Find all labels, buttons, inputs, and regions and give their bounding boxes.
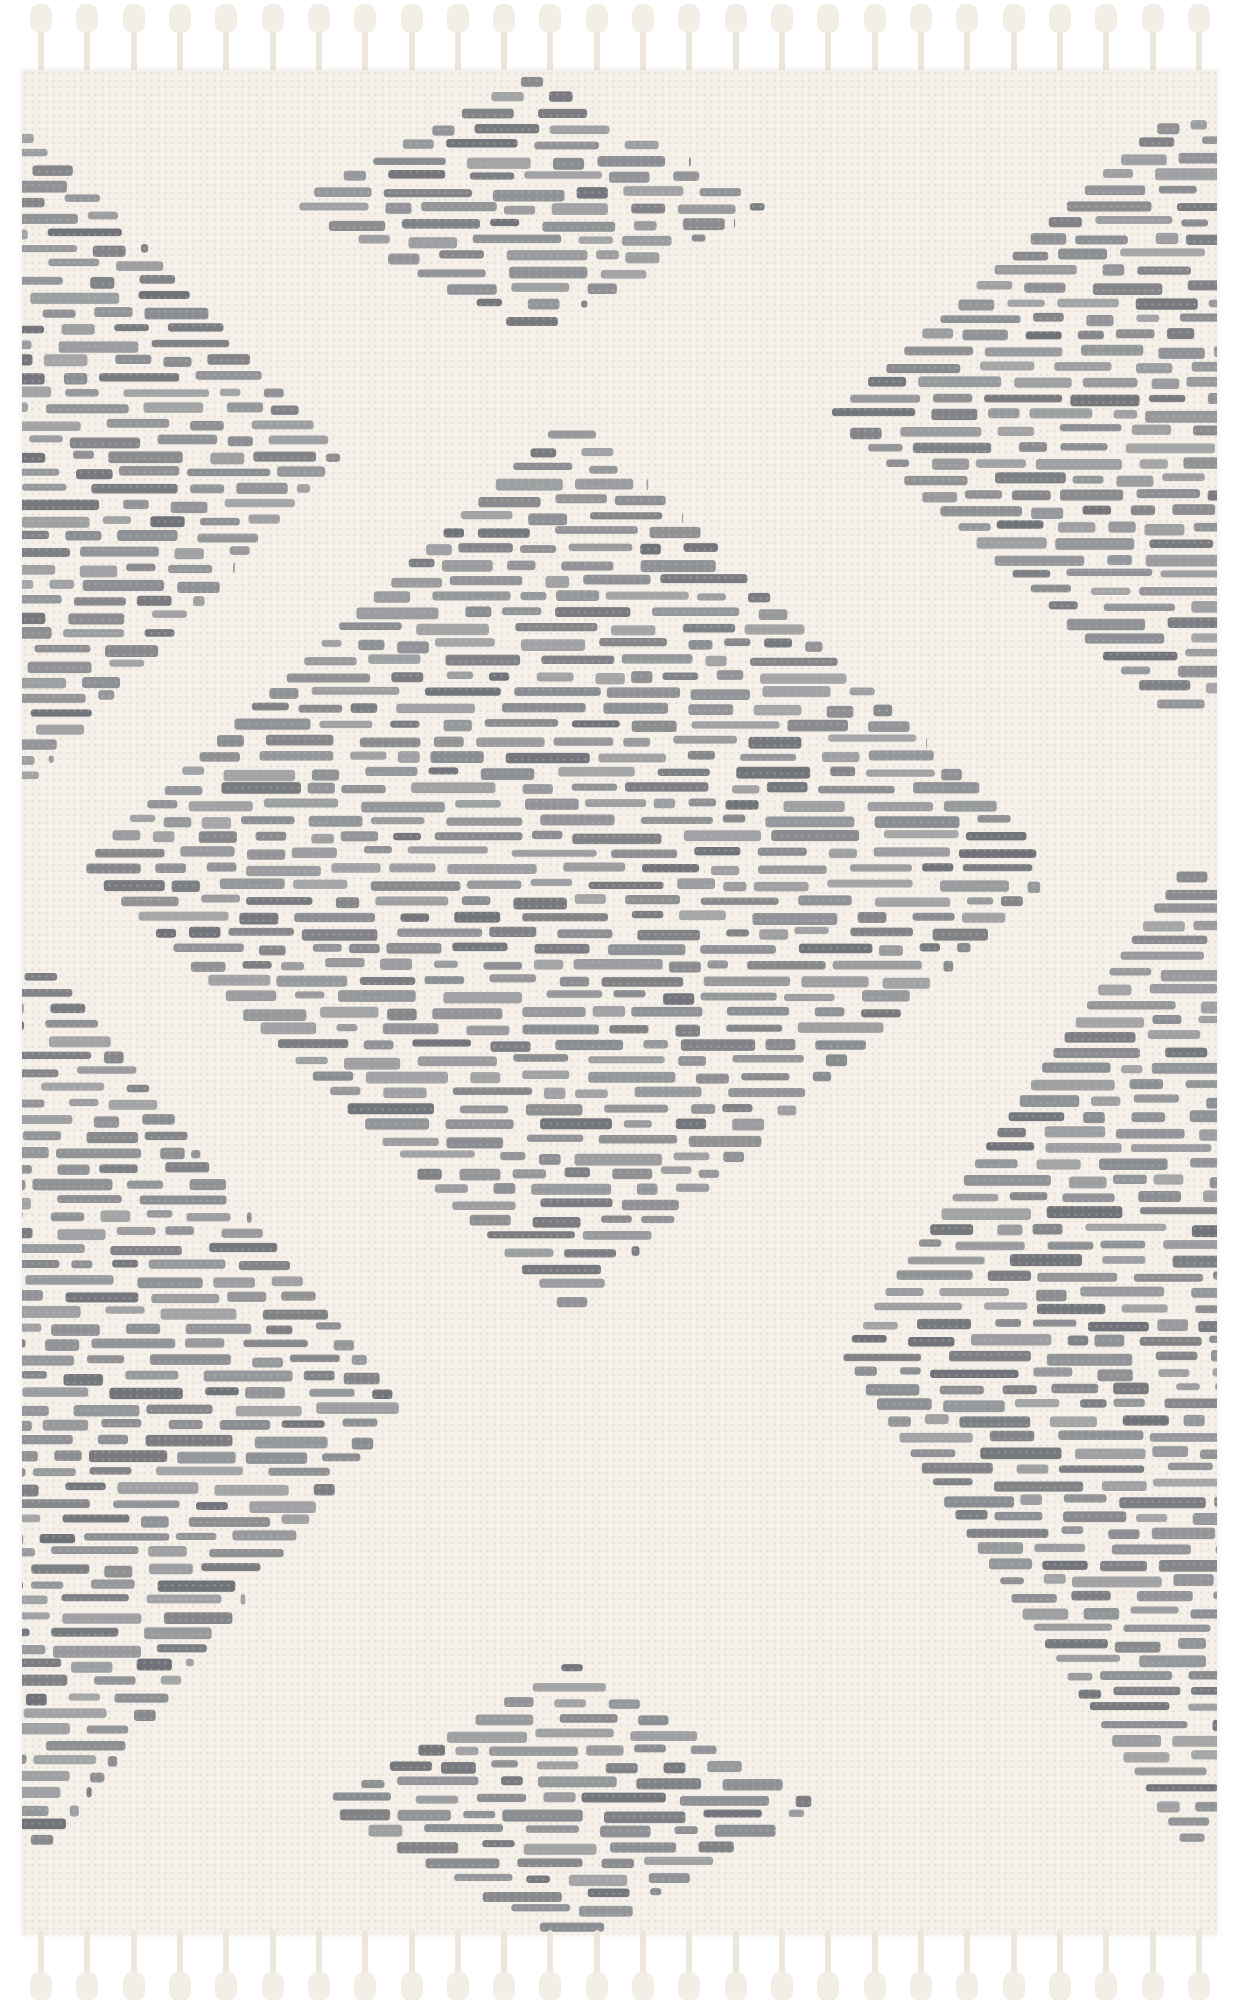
tassel	[771, 1930, 793, 2000]
tassel	[1142, 1930, 1164, 2000]
tassel	[1003, 4, 1025, 74]
tassel	[169, 1930, 191, 2000]
tassel	[586, 1930, 608, 2000]
tassel	[1049, 1930, 1071, 2000]
tassel	[493, 4, 515, 74]
right-upper-diamond-pattern	[832, 100, 1217, 720]
left-upper-diamond-pattern	[22, 110, 342, 790]
tassel	[30, 4, 52, 74]
tassel	[771, 4, 793, 74]
top-fringe	[30, 4, 1210, 74]
tassel	[354, 4, 376, 74]
tassel	[169, 4, 191, 74]
tassel	[1142, 4, 1164, 74]
left-lower-diamond-pattern	[22, 950, 402, 1850]
tassel	[401, 4, 423, 74]
tassel	[262, 1930, 284, 2000]
tassel	[864, 1930, 886, 2000]
tassel	[447, 1930, 469, 2000]
tassel	[308, 4, 330, 74]
tassel	[586, 4, 608, 74]
tassel	[817, 4, 839, 74]
tassel	[725, 4, 747, 74]
right-lower-diamond-pattern	[842, 850, 1217, 1850]
rug-body	[22, 70, 1217, 1935]
tassel	[30, 1930, 52, 2000]
tassel	[447, 4, 469, 74]
tassel	[678, 4, 700, 74]
tassel	[308, 1930, 330, 2000]
tassel	[262, 4, 284, 74]
tassel	[817, 1930, 839, 2000]
tassel	[1188, 1930, 1210, 2000]
tassel	[632, 4, 654, 74]
tassel	[725, 1930, 747, 2000]
tassel	[1095, 1930, 1117, 2000]
tassel	[956, 4, 978, 74]
tassel	[864, 4, 886, 74]
top-diamond-pattern	[292, 70, 772, 330]
tassel	[539, 1930, 561, 2000]
tassel	[1095, 4, 1117, 74]
tassel	[215, 1930, 237, 2000]
tassel	[123, 1930, 145, 2000]
tassel	[1188, 4, 1210, 74]
tassel	[493, 1930, 515, 2000]
tassel	[632, 1930, 654, 2000]
tassel	[1049, 4, 1071, 74]
tassel	[354, 1930, 376, 2000]
tassel	[401, 1930, 423, 2000]
tassel	[76, 4, 98, 74]
tassel	[910, 4, 932, 74]
tassel	[539, 4, 561, 74]
tassel	[678, 1930, 700, 2000]
tassel	[123, 4, 145, 74]
tassel	[215, 4, 237, 74]
bottom-fringe	[30, 1930, 1210, 2000]
tassel	[76, 1930, 98, 2000]
tassel	[956, 1930, 978, 2000]
tassel	[910, 1930, 932, 2000]
tassel	[1003, 1930, 1025, 2000]
